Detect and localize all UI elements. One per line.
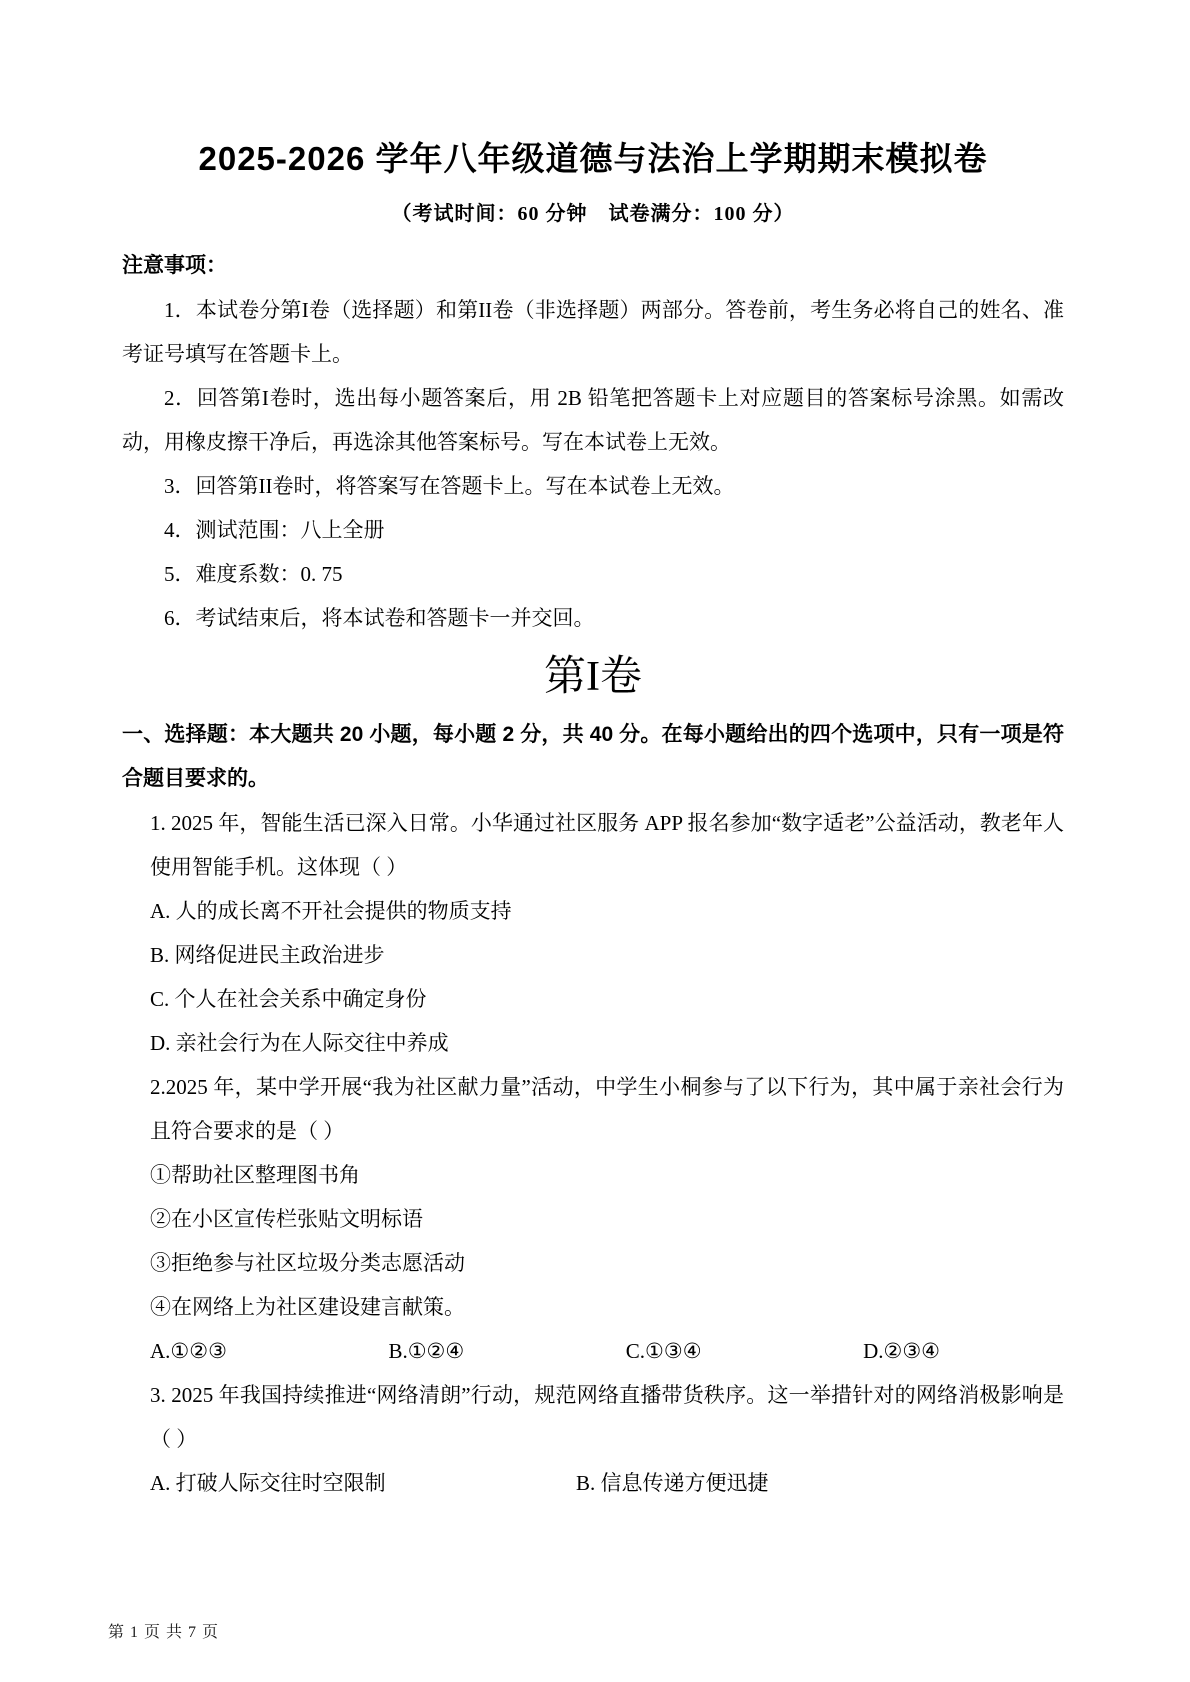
question-list: 1. 2025 年，智能生活已深入日常。小华通过社区服务 APP 报名参加“数字… — [150, 801, 1064, 1505]
notice-item-5: 5．难度系数：0. 75 — [122, 552, 1064, 596]
question-2-option-c: C.①③④ — [626, 1329, 702, 1373]
question-1-option-b: B. 网络促进民主政治进步 — [150, 933, 1064, 977]
question-1-stem: 1. 2025 年，智能生活已深入日常。小华通过社区服务 APP 报名参加“数字… — [150, 801, 1064, 889]
section1-intro: 一、选择题：本大题共 20 小题，每小题 2 分，共 40 分。在每小题给出的四… — [122, 713, 1064, 801]
notice-item-4: 4．测试范围：八上全册 — [122, 508, 1064, 552]
notice-item-2: 2．回答第I卷时，选出每小题答案后，用 2B 铅笔把答题卡上对应题目的答案标号涂… — [122, 376, 1064, 464]
page-number: 第 1 页 共 7 页 — [108, 1619, 219, 1642]
question-2-option-d: D.②③④ — [863, 1329, 940, 1373]
notice-item-3: 3．回答第II卷时，将答案写在答题卡上。写在本试卷上无效。 — [122, 464, 1064, 508]
notice-item-1: 1．本试卷分第I卷（选择题）和第II卷（非选择题）两部分。答卷前，考生务必将自己… — [122, 288, 1064, 376]
question-1-option-d: D. 亲社会行为在人际交往中养成 — [150, 1021, 1064, 1065]
question-1-option-a: A. 人的成长离不开社会提供的物质支持 — [150, 889, 1064, 933]
part1-heading: 第I卷 — [122, 648, 1064, 707]
notice-item-6: 6．考试结束后，将本试卷和答题卡一并交回。 — [122, 596, 1064, 640]
question-3-option-b: B. 信息传递方便迅捷 — [576, 1461, 769, 1505]
page-content: 2025-2026 学年八年级道德与法治上学期期末模拟卷 （考试时间：60 分钟… — [0, 0, 1190, 1505]
question-2-choices-row: A.①②③ B.①②④ C.①③④ D.②③④ — [150, 1329, 940, 1373]
question-3-choices-row: A. 打破人际交往时空限制 B. 信息传递方便迅捷 — [150, 1461, 1064, 1505]
exam-title: 2025-2026 学年八年级道德与法治上学期期末模拟卷 — [122, 138, 1064, 181]
question-2-item-3: ③拒绝参与社区垃圾分类志愿活动 — [150, 1241, 1064, 1285]
exam-paper-page: 2025-2026 学年八年级道德与法治上学期期末模拟卷 （考试时间：60 分钟… — [0, 0, 1190, 1682]
exam-subtitle: （考试时间：60 分钟 试卷满分：100 分） — [122, 197, 1064, 226]
question-2-item-2: ②在小区宣传栏张贴文明标语 — [150, 1197, 1064, 1241]
question-3-stem: 3. 2025 年我国持续推进“网络清朗”行动，规范网络直播带货秩序。这一举措针… — [150, 1373, 1064, 1461]
question-2-item-1: ①帮助社区整理图书角 — [150, 1153, 1064, 1197]
question-2-stem: 2.2025 年，某中学开展“我为社区献力量”活动，中学生小桐参与了以下行为，其… — [150, 1065, 1064, 1153]
question-3-option-a: A. 打破人际交往时空限制 — [150, 1461, 576, 1505]
question-2-option-b: B.①②④ — [388, 1329, 464, 1373]
notice-heading: 注意事项： — [122, 244, 1064, 288]
question-1-option-c: C. 个人在社会关系中确定身份 — [150, 977, 1064, 1021]
question-2-item-4: ④在网络上为社区建设建言献策。 — [150, 1285, 1064, 1329]
notice-section: 注意事项： 1．本试卷分第I卷（选择题）和第II卷（非选择题）两部分。答卷前，考… — [122, 244, 1064, 640]
question-2-option-a: A.①②③ — [150, 1329, 227, 1373]
